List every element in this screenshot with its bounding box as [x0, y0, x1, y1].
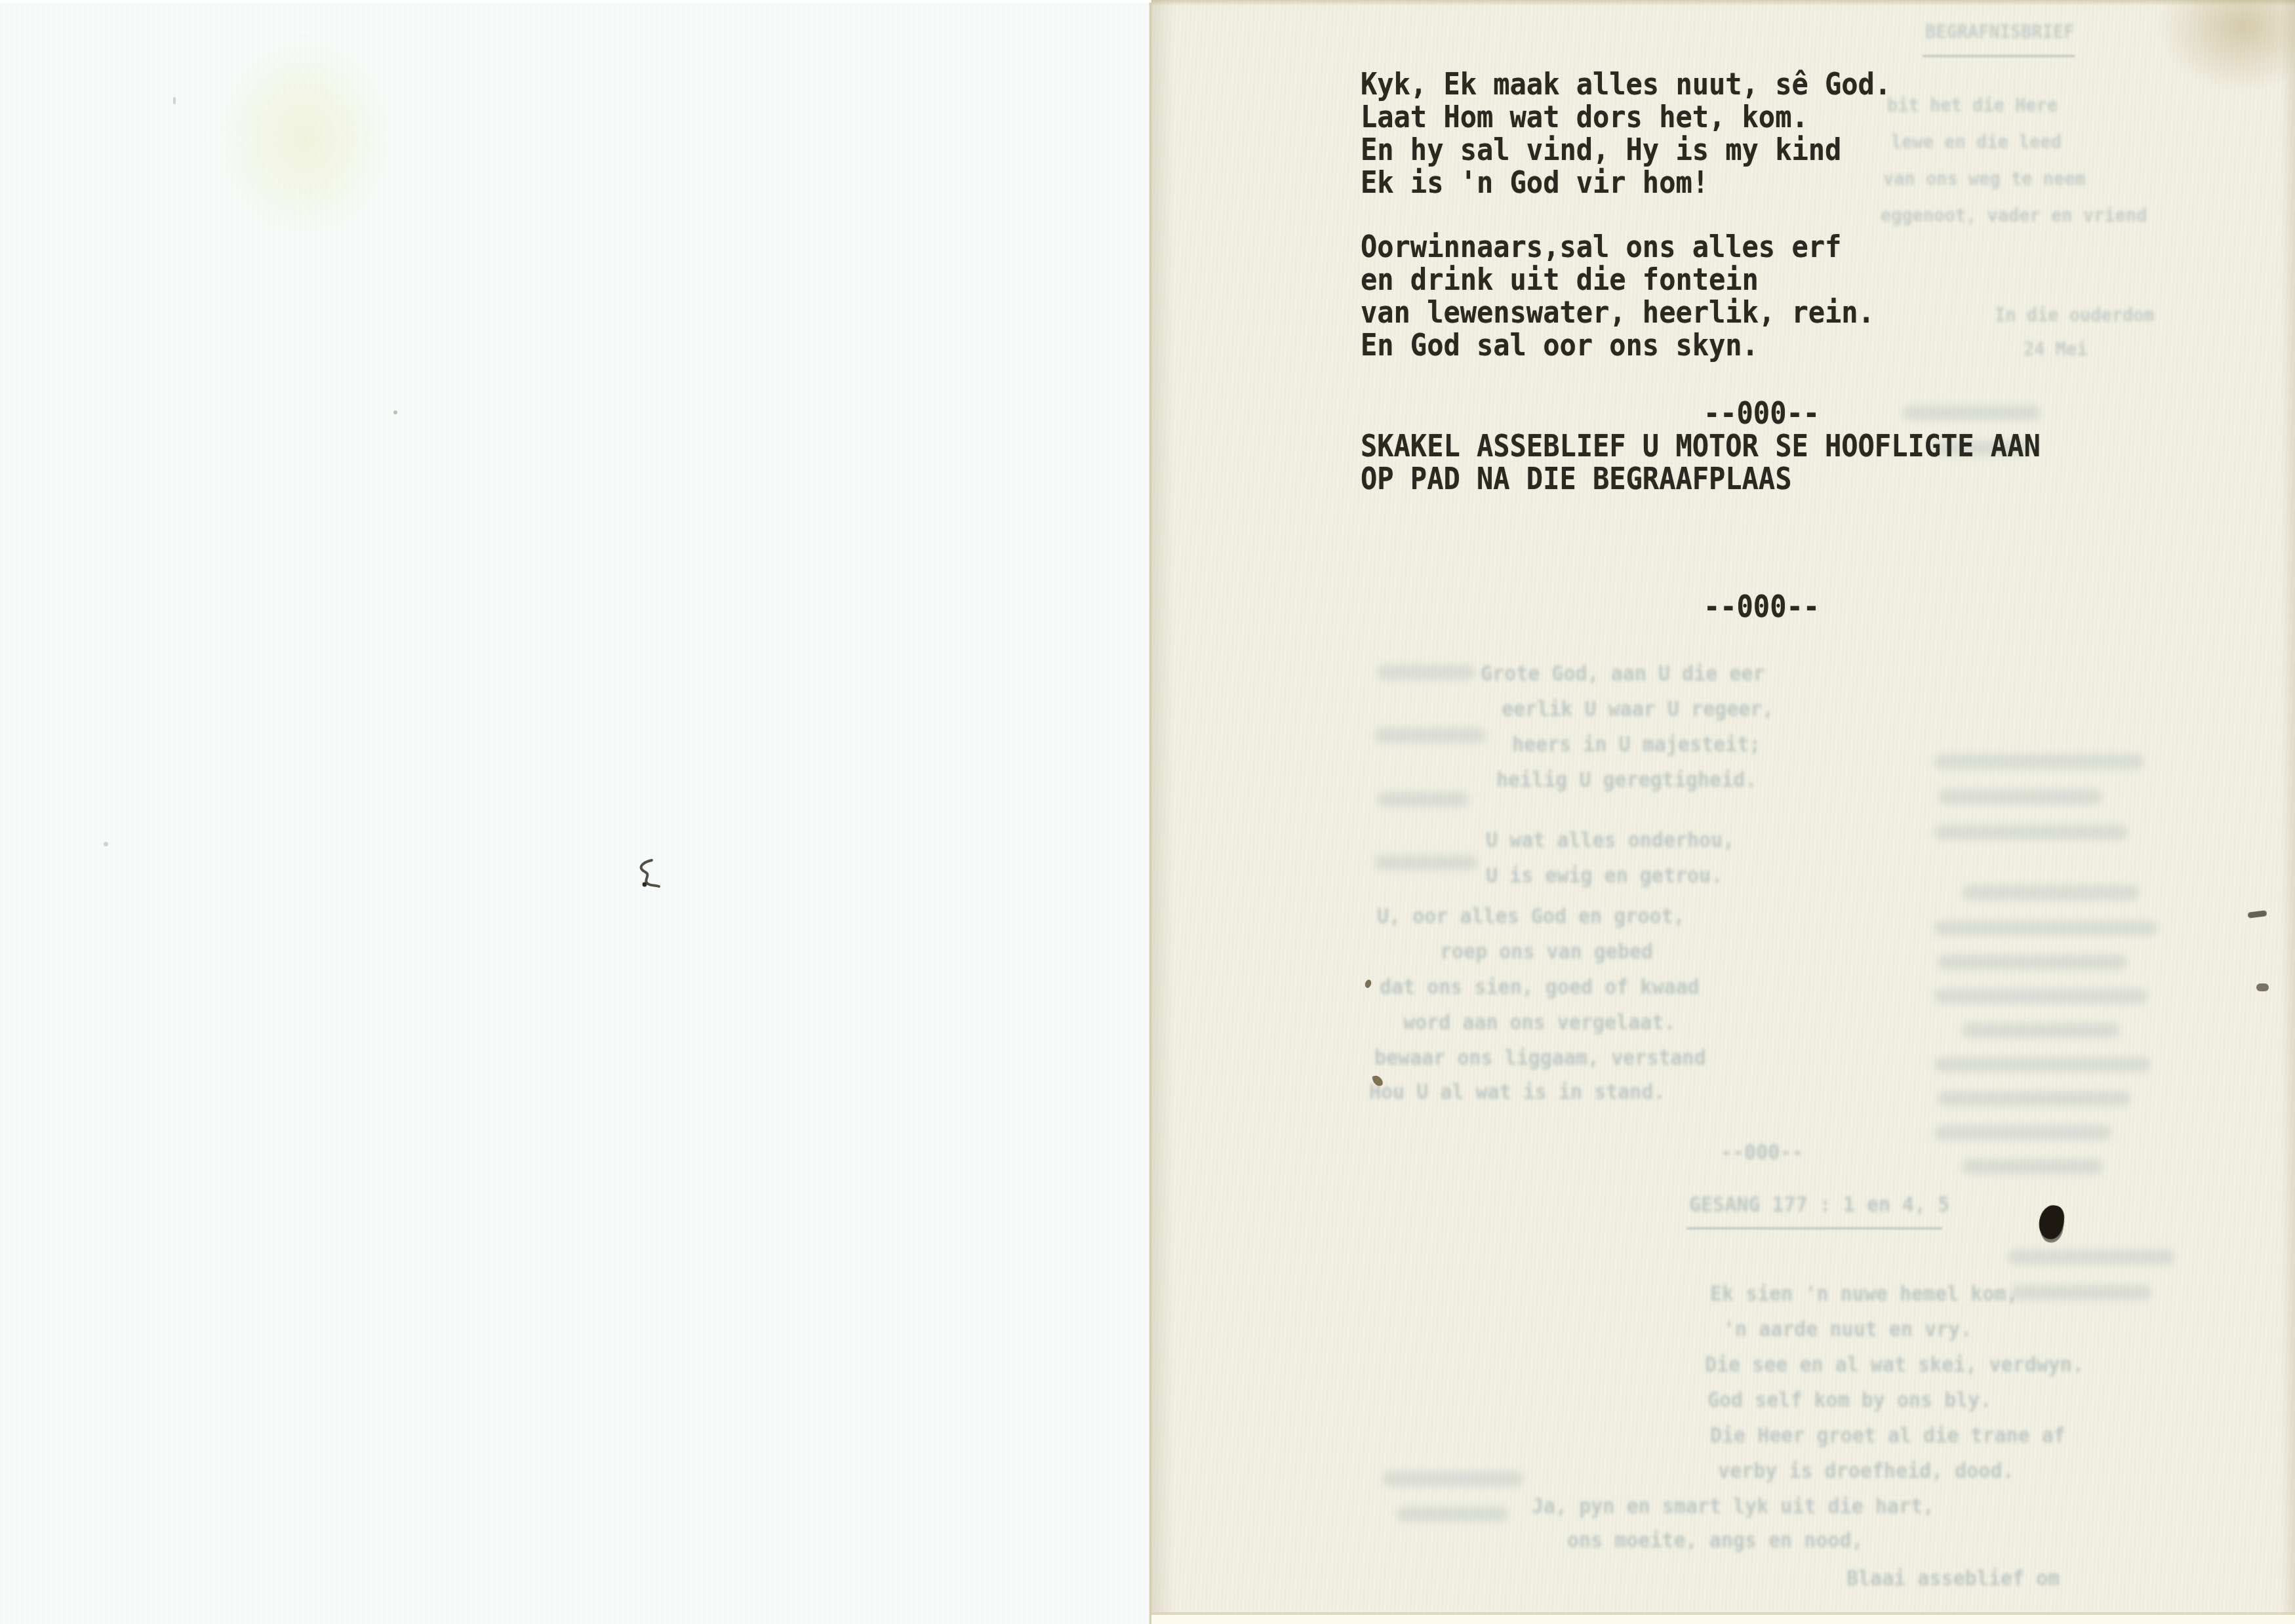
- ghost-smudge: [1962, 1159, 2103, 1174]
- pen-squiggle-mark: [629, 858, 664, 892]
- ghost-smudge: [1934, 921, 2157, 936]
- dust-speck: [104, 842, 108, 846]
- ghost-line: U wat alles onderhou,: [1486, 830, 1734, 851]
- scanned-funeral-program-spread: BEGRAFNISBRIEF bit het die Here lewe en …: [0, 0, 2295, 1624]
- ghost-line: Ja, pyn en smart lyk uit die hart,: [1532, 1496, 1934, 1517]
- ghost-smudge: [1377, 665, 1475, 680]
- paper-stain: [216, 36, 393, 239]
- ghost-smudge: [2008, 1250, 2175, 1265]
- ghost-underline: [1686, 1227, 1942, 1229]
- ghost-heading: BEGRAFNISBRIEF: [1925, 22, 2075, 41]
- ghost-line: In die ouderdom: [1995, 306, 2155, 325]
- ghost-line: word aan ons vergelaat.: [1403, 1012, 1675, 1033]
- ghost-line: van ons weg te neem: [1883, 169, 2086, 188]
- ghost-smudge: [1377, 792, 1469, 807]
- edge-mark: [2256, 983, 2269, 991]
- ghost-line: bit het die Here: [1887, 96, 2058, 115]
- ghost-line: roep ons van gebed: [1440, 941, 1653, 962]
- poem-line: En hy sal vind, Hy is my kind: [1361, 135, 1841, 165]
- ghost-smudge: [2010, 1285, 2151, 1300]
- ghost-smudge: [1382, 1471, 1523, 1486]
- ghost-line: Grote God, aan U die eer: [1481, 663, 1765, 684]
- ghost-smudge: [1937, 955, 2127, 970]
- ghost-line: eggenoot, vader en vriend: [1881, 206, 2147, 225]
- poem-line: Kyk, Ek maak alles nuut, sê God.: [1361, 69, 1891, 99]
- ghost-smudge: [1934, 754, 2144, 769]
- ghost-smudge: [1934, 989, 2147, 1004]
- ghost-line: bewaar ons liggaam, verstand: [1374, 1048, 1706, 1069]
- ghost-gesang-heading: GESANG 177 : 1 en 4, 5: [1689, 1195, 1949, 1216]
- notice-line: SKAKEL ASSEBLIEF U MOTOR SE HOOFLIGTE AA…: [1361, 431, 2041, 461]
- ghost-line: ons moeite, angs en nood,: [1567, 1530, 1864, 1551]
- ghost-line: eerlik U waar U regeer,: [1502, 699, 1774, 720]
- ghost-line: Ek sien 'n nuwe hemel kom,: [1710, 1284, 2018, 1305]
- ghost-line: 'n aarde nuut en vry.: [1723, 1319, 1972, 1340]
- ghost-turn-page-note: Blaai asseblief om: [1846, 1568, 2060, 1589]
- dust-speck: [173, 97, 176, 104]
- dust-speck: [393, 410, 397, 414]
- ghost-line: dat ons sien, goed of kwaad: [1380, 977, 1700, 998]
- poem-line: van lewenswater, heerlik, rein.: [1361, 298, 1875, 327]
- ghost-smudge: [1962, 1023, 2119, 1038]
- ghost-line: God self kom by ons bly.: [1707, 1390, 1991, 1411]
- poem-line: Ek is 'n God vir hom!: [1361, 168, 1709, 197]
- section-divider: --000--: [1704, 399, 1820, 428]
- notice-line: OP PAD NA DIE BEGRAAFPLAAS: [1361, 464, 1791, 494]
- ghost-line: Hou U al wat is in stand.: [1369, 1082, 1666, 1103]
- ghost-smudge: [1374, 855, 1478, 870]
- ghost-underline: [1923, 55, 2075, 57]
- ghost-smudge: [1962, 885, 2139, 900]
- ghost-smudge: [1903, 405, 2041, 420]
- ghost-line: heers in U majesteit;: [1512, 734, 1761, 755]
- ghost-smudge: [1938, 789, 2102, 804]
- ghost-smudge: [1397, 1507, 1508, 1522]
- ghost-smudge: [1934, 1125, 2111, 1140]
- section-divider: --000--: [1704, 592, 1820, 622]
- poem-line: En God sal oor ons skyn.: [1361, 330, 1759, 360]
- ghost-line: Die see en al wat skei, verdwyn.: [1705, 1355, 2084, 1376]
- ghost-line: U is ewig en getrou.: [1486, 865, 1723, 886]
- ghost-line: heilig U geregtigheid.: [1496, 770, 1757, 791]
- ghost-line: verby is droefheid, dood.: [1718, 1461, 2014, 1482]
- ghost-line: 24 Mei: [2024, 340, 2088, 359]
- poem-line: Laat Hom wat dors het, kom.: [1361, 102, 1808, 132]
- ghost-divider: --000--: [1721, 1142, 1803, 1163]
- ghost-line: lewe en die leed: [1891, 132, 2062, 151]
- ghost-line: Die Heer groet al die trane af: [1710, 1425, 2065, 1446]
- poem-line: Oorwinnaars,sal ons alles erf: [1361, 232, 1841, 262]
- ghost-smudge: [1937, 1091, 2130, 1106]
- ghost-smudge: [1374, 728, 1486, 743]
- left-blank-page: [0, 0, 1151, 1624]
- ghost-line: U, oor alles God en groot,: [1377, 906, 1685, 927]
- ghost-smudge: [1934, 825, 2128, 840]
- poem-line: en drink uit die fontein: [1361, 265, 1759, 294]
- ghost-smudge: [1934, 1057, 2151, 1072]
